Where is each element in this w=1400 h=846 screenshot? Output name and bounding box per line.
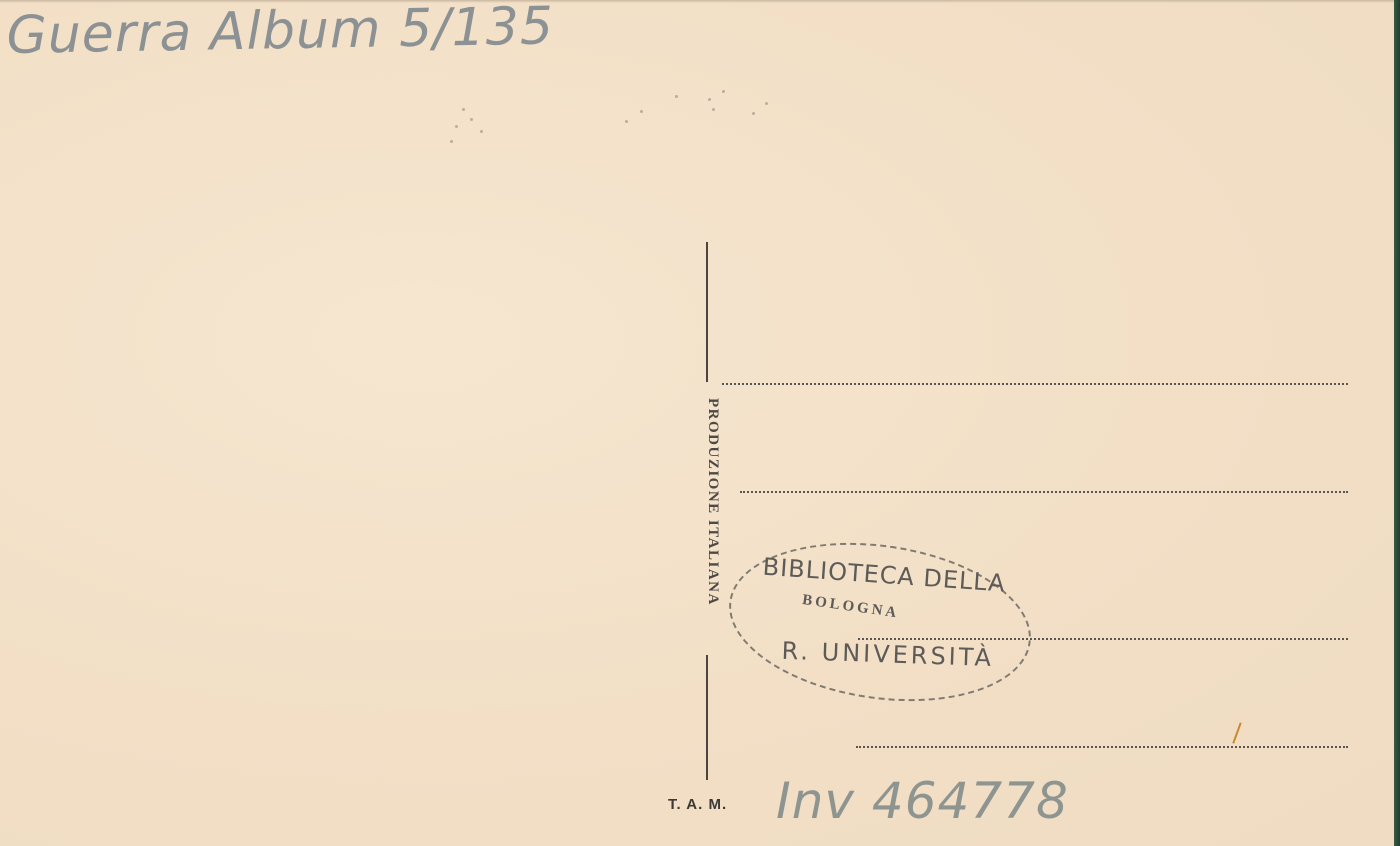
stamp-line-3: R. UNIVERSITÀ xyxy=(781,637,994,672)
publisher-mark: T. A. M. xyxy=(668,796,727,813)
center-divider-top xyxy=(706,242,708,382)
address-line-2 xyxy=(740,491,1348,493)
handwritten-inventory-number: Inv 464778 xyxy=(776,772,1069,830)
handwritten-album-note: Guerra Album 5/135 xyxy=(6,0,554,66)
library-stamp: BIBLIOTECA DELLA BOLOGNA R. UNIVERSITÀ xyxy=(719,525,1041,720)
production-label: PRODUZIONE ITALIANA xyxy=(697,398,721,638)
address-line-4 xyxy=(856,746,1348,748)
address-line-1 xyxy=(722,383,1348,385)
scan-edge-right xyxy=(1394,0,1400,846)
stamp-line-1: BIBLIOTECA DELLA xyxy=(762,553,1007,598)
center-divider-bottom xyxy=(706,655,708,780)
postcard-back: Guerra Album 5/135 PRODUZIONE ITALIANA B… xyxy=(0,0,1394,846)
orange-pencil-mark xyxy=(1232,722,1241,743)
stamp-line-2: BOLOGNA xyxy=(801,592,900,622)
